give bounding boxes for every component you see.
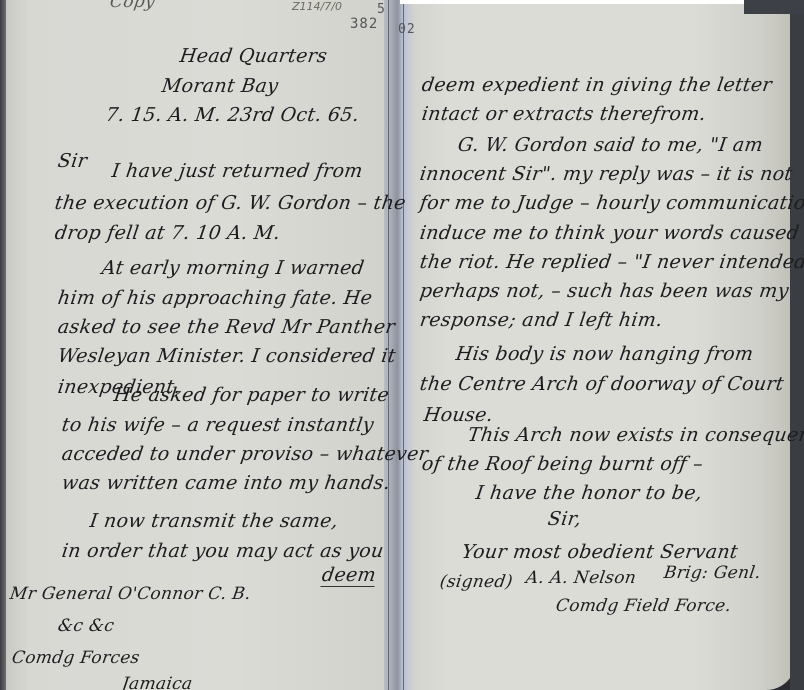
catchword: deem xyxy=(320,564,377,587)
addressee-line: Comdg Forces xyxy=(11,648,141,668)
closing-line: I have the honor to be, xyxy=(474,482,703,504)
gutter-line xyxy=(403,0,404,690)
closing-line: Your most obedient Servant xyxy=(460,541,739,563)
body-line: was written came into my hands. xyxy=(60,472,391,494)
gutter-fragment-right: 02 xyxy=(398,22,416,37)
body-line: asked to see the Revd Mr Panther xyxy=(56,316,396,338)
body-line: drop fell at 7. 10 A. M. xyxy=(53,222,281,244)
archive-reference: Z114/7/0 xyxy=(292,0,342,13)
body-line: House. xyxy=(422,404,494,426)
body-line: This Arch now exists in consequence xyxy=(466,424,804,446)
body-line: I now transmit the same, xyxy=(88,510,339,532)
body-line: in order that you may act as you xyxy=(60,540,385,562)
closing-line: Sir, xyxy=(546,508,582,530)
body-line: At early morning I warned xyxy=(100,257,365,279)
copy-annotation: Copy xyxy=(109,0,157,12)
body-line: for me to Judge – hourly communications xyxy=(418,192,804,214)
book-cover-edge-right xyxy=(790,0,804,690)
body-line: of the Roof being burnt off – xyxy=(420,453,704,475)
body-line: induce me to think your words caused xyxy=(418,222,800,244)
open-letterbook: Copy Z114/7/0 382 5 Head Quarters Morant… xyxy=(0,0,804,690)
salutation: Sir xyxy=(56,150,88,172)
heading-line-1: Head Quarters xyxy=(178,45,328,67)
body-line: deem expedient in giving the letter xyxy=(420,74,773,96)
body-line: intact or extracts therefrom. xyxy=(420,103,707,125)
body-line: the Centre Arch of doorway of Court xyxy=(418,373,785,395)
addressee-line: Jamaica xyxy=(121,674,194,690)
body-line: G. W. Gordon said to me, "I am xyxy=(456,134,764,156)
signature-title: Comdg Field Force. xyxy=(555,596,733,616)
signature-rank: Brig: Genl. xyxy=(663,563,763,583)
body-line: to his wife – a request instantly xyxy=(60,414,375,436)
addressee-line: Mr General O'Connor C. B. xyxy=(9,584,253,604)
body-line: him of his approaching fate. He xyxy=(56,287,373,309)
body-line: He asked for paper to write xyxy=(112,384,390,406)
folio-number: 382 xyxy=(350,16,378,32)
heading-line-2: Morant Bay xyxy=(160,75,279,97)
body-line: His body is now hanging from xyxy=(454,343,754,365)
body-line: I have just returned from xyxy=(110,160,364,182)
body-line: response; and I left him. xyxy=(418,309,664,331)
body-line: perhaps not, – such has been was my xyxy=(418,280,790,302)
body-line: innocent Sir". my reply was – it is not xyxy=(418,163,794,185)
addressee-line: &c &c xyxy=(57,616,116,636)
signature-name: A. A. Nelson xyxy=(525,568,638,588)
signature-prefix: (signed) xyxy=(439,572,514,592)
background-corner xyxy=(744,0,804,14)
body-line: acceded to under proviso – whatever xyxy=(60,443,429,465)
body-line: the execution of G. W. Gordon – the xyxy=(53,192,407,214)
gutter-fragment-left: 5 xyxy=(377,2,386,17)
body-line: Wesleyan Minister. I considered it xyxy=(56,345,397,367)
body-line: the riot. He replied – "I never intended… xyxy=(418,251,804,273)
heading-line-3: 7. 15. A. M. 23rd Oct. 65. xyxy=(104,104,360,126)
